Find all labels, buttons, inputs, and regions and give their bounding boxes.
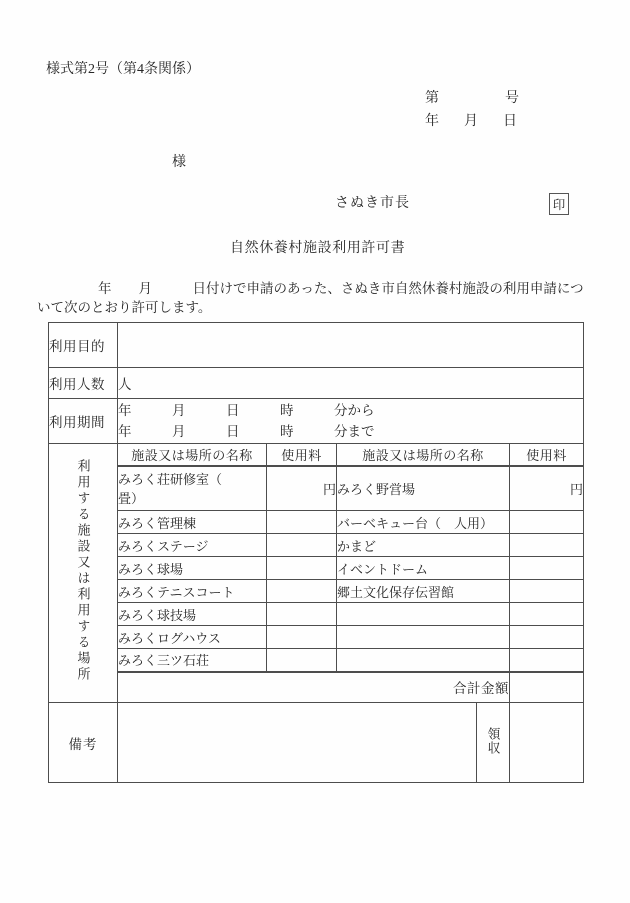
fee-cell-left [267, 557, 337, 580]
seal-box: 印 [549, 193, 569, 215]
facility-row: みろく荘研修室（ 畳） 円 みろく野営場 円 [49, 466, 584, 511]
document-number-line: 第 号 [425, 87, 519, 107]
currency-label: 円 [570, 482, 583, 497]
period-row: 利用期間 年 月 日 時 分から 年 月 日 時 分まで [49, 399, 584, 444]
receipt-label-cell: 領収 [477, 703, 510, 783]
document-number-prefix: 第 [425, 87, 439, 107]
addressee-honorific: 様 [172, 155, 186, 172]
total-amount-cell [510, 672, 584, 703]
facility-name-left: みろく球場 [118, 557, 267, 580]
remarks-label: 備考 [49, 703, 118, 783]
purpose-row: 利用目的 [49, 323, 584, 368]
issue-date-day-label: 日 [503, 110, 517, 130]
facility-row: みろくテニスコート 郷土文化保存伝習館 [49, 580, 584, 603]
facility-row: みろく三ツ石荘 [49, 649, 584, 672]
facility-name-right: かまど [337, 534, 510, 557]
currency-label: 円 [323, 482, 336, 497]
body-line-1: 年 月 日付けで申請のあった、さぬき市自然休養村施設の利用申請につ [98, 281, 584, 297]
purpose-label: 利用目的 [49, 323, 118, 368]
facilities-header-row: 利用する施設又は利用する場所 施設又は場所の名称 使用料 施設又は場所の名称 使… [49, 444, 584, 466]
facility-name-right: 郷土文化保存伝習館 [337, 580, 510, 603]
facility-name-left: みろく三ツ石荘 [118, 649, 267, 672]
facility-name-left: みろくテニスコート [118, 580, 267, 603]
fee-cell-right [510, 534, 584, 557]
issuer-name: さぬき市長 [335, 196, 410, 213]
fee-cell-right: 円 [510, 466, 584, 511]
period-to-line: 年 月 日 時 分まで [118, 421, 583, 442]
fee-cell-right [510, 649, 584, 672]
issue-date-year-label: 年 [425, 110, 439, 130]
permit-document-page: 様式第2号（第4条関係） 第 号 年 月 日 様 さぬき市長 印 自然休養村施設… [0, 0, 630, 903]
people-unit-label: 人 [118, 377, 132, 392]
document-number-suffix: 号 [505, 87, 519, 107]
facility-name-right [337, 603, 510, 626]
remarks-row: 備考 領収 [49, 703, 584, 783]
seal-label: 印 [553, 195, 566, 213]
fee-column-header-right: 使用料 [510, 444, 584, 466]
facility-row: みろく球技場 [49, 603, 584, 626]
facility-name-right: イベントドーム [337, 557, 510, 580]
facility-name-right: みろく野営場 [337, 466, 510, 511]
fee-cell-left [267, 626, 337, 649]
total-row: 合計金額 [49, 672, 584, 703]
people-value-cell: 人 [118, 368, 584, 399]
receipt-label: 領収 [487, 727, 500, 755]
facility-name-right [337, 626, 510, 649]
period-from-line: 年 月 日 時 分から [118, 400, 583, 421]
fee-cell-left [267, 534, 337, 557]
issue-date-month-label: 月 [464, 110, 478, 130]
name-column-header-left: 施設又は場所の名称 [118, 444, 267, 466]
facility-name-left: みろく球技場 [118, 603, 267, 626]
facility-row: みろくステージ かまど [49, 534, 584, 557]
permit-table: 利用目的 利用人数 人 利用期間 年 月 日 時 分から 年 月 日 時 分まで… [48, 322, 584, 783]
receipt-value-cell [510, 703, 584, 783]
fee-column-header-left: 使用料 [267, 444, 337, 466]
fee-cell-right [510, 511, 584, 534]
facility-row: みろくログハウス [49, 626, 584, 649]
facility-name-right [337, 649, 510, 672]
name-column-header-right: 施設又は場所の名称 [337, 444, 510, 466]
facility-name-left: みろく管理棟 [118, 511, 267, 534]
body-line-2: いて次のとおり許可します。 [37, 300, 211, 316]
fee-cell-right [510, 557, 584, 580]
remarks-value-cell [118, 703, 477, 783]
facilities-side-label: 利用する施設又は利用する場所 [77, 459, 90, 683]
total-label: 合計金額 [118, 672, 510, 703]
fee-cell-left [267, 649, 337, 672]
form-number: 様式第2号（第4条関係） [46, 62, 200, 79]
purpose-value-cell [118, 323, 584, 368]
period-label: 利用期間 [49, 399, 118, 444]
period-value-cell: 年 月 日 時 分から 年 月 日 時 分まで [118, 399, 584, 444]
fee-cell-right [510, 626, 584, 649]
issue-date-line: 年 月 日 [425, 110, 517, 130]
facility-row: みろく球場 イベントドーム [49, 557, 584, 580]
fee-cell-left [267, 580, 337, 603]
people-row: 利用人数 人 [49, 368, 584, 399]
fee-cell-left: 円 [267, 466, 337, 511]
fee-cell-right [510, 580, 584, 603]
facility-name-left: みろくログハウス [118, 626, 267, 649]
fee-cell-right [510, 603, 584, 626]
facility-row: みろく管理棟 バーベキュー台（ 人用） [49, 511, 584, 534]
document-title: 自然休養村施設利用許可書 [230, 237, 405, 257]
facilities-side-label-cell: 利用する施設又は利用する場所 [49, 444, 118, 703]
fee-cell-left [267, 603, 337, 626]
facility-name-left: みろくステージ [118, 534, 267, 557]
facility-name-left: みろく荘研修室（ 畳） [118, 466, 267, 511]
facility-name-right: バーベキュー台（ 人用） [337, 511, 510, 534]
fee-cell-left [267, 511, 337, 534]
people-label: 利用人数 [49, 368, 118, 399]
